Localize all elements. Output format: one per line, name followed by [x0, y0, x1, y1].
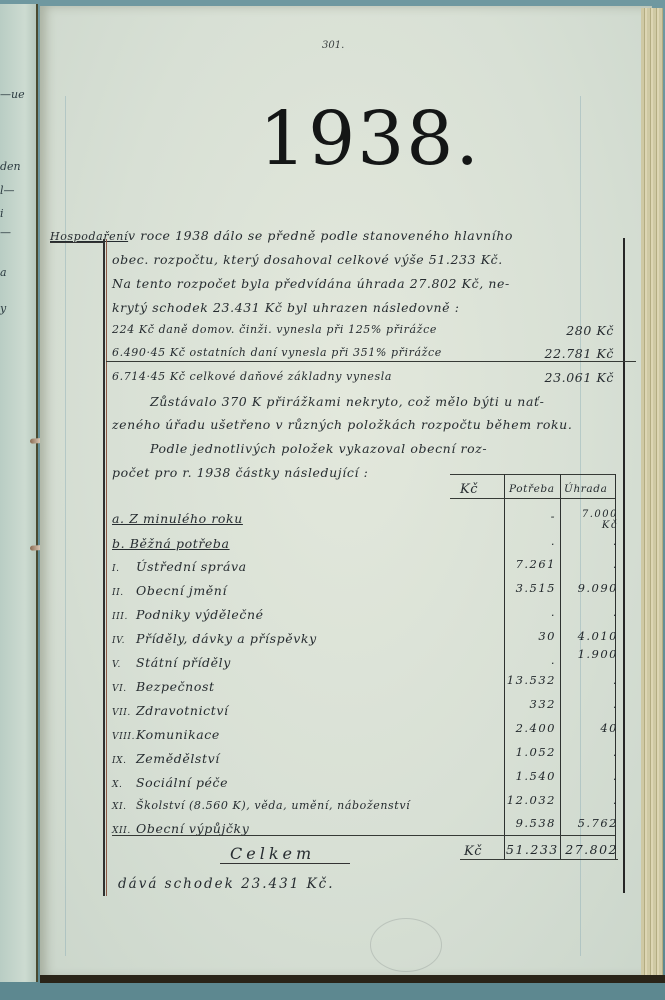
sum-rule	[106, 361, 636, 362]
currency-header: Kč	[460, 482, 478, 497]
budget-row-label: VI.Bezpečnost	[112, 679, 215, 694]
section-label: a. Z minulého roku	[112, 511, 243, 526]
faded-stamp	[370, 918, 442, 972]
ledger-photo: —ue den l— i — a y 301. 1938. Hospodařen…	[0, 0, 665, 1000]
total-uhrada: 27.802	[562, 842, 618, 857]
cell-potreba: 1.052	[506, 745, 556, 759]
table-header-rule	[450, 498, 615, 499]
cell-potreba: 1.540	[506, 769, 556, 783]
page-number: 301.	[322, 40, 344, 51]
cell-potreba: .	[506, 534, 556, 548]
column-divider-uhrada	[560, 474, 561, 859]
table-top-rule	[450, 474, 615, 475]
budget-row-label: IX.Zemědělství	[112, 751, 220, 766]
cell-potreba: .	[506, 605, 556, 619]
cell-uhrada: .	[562, 673, 618, 687]
tax-total-amount: 23.061 Kč	[480, 370, 614, 385]
cell-uhrada: 5.762	[562, 816, 618, 830]
cell-potreba: 12.032	[506, 793, 556, 807]
page-bottom-shadow	[40, 975, 665, 983]
cell-potreba: 30	[506, 629, 556, 643]
remainder-line: Zůstávalo 370 K přirážkami nekryto, což …	[150, 394, 544, 409]
left-page-fragment: —	[0, 226, 11, 239]
budget-row-label: X.Sociální péče	[112, 775, 228, 790]
section-label: b. Běžná potřeba	[112, 536, 230, 551]
total-currency: Kč	[464, 844, 482, 859]
ledger-page: 301. 1938. Hospodaření v roce 1938 dálo …	[40, 6, 652, 978]
cell-uhrada: .	[562, 534, 618, 548]
cell-potreba: 332	[506, 697, 556, 711]
budget-row-label: I.Ústřední správa	[112, 559, 247, 574]
cell-potreba: 13.532	[506, 673, 556, 687]
cell-uhrada: 40	[562, 721, 618, 735]
cell-uhrada: .	[562, 697, 618, 711]
cell-uhrada: .	[562, 605, 618, 619]
total-label: Celkem	[230, 844, 315, 863]
cell-potreba: 9.538	[506, 816, 556, 830]
printed-margin-rule	[65, 96, 66, 956]
left-page-fragment: den	[0, 160, 21, 173]
left-page-fragment: y	[0, 302, 6, 315]
cell-uhrada: 9.090	[562, 581, 618, 595]
cell-uhrada: .	[562, 793, 618, 807]
intro-line: obec. rozpočtu, který dosahoval celkové …	[112, 252, 503, 267]
left-page-fragment: —ue	[0, 88, 25, 101]
budget-row-label: XI.Školství (8.560 K), věda, umění, nábo…	[112, 799, 410, 812]
budget-row-label: VIII.Komunikace	[112, 727, 220, 742]
cell-uhrada: .	[562, 557, 618, 571]
closing-line: dává schodek 23.431 Kč.	[118, 876, 335, 892]
year-heading: 1938.	[240, 96, 500, 182]
total-bottom-rule	[460, 859, 618, 860]
right-frame-line	[623, 238, 625, 893]
table-intro-line: počet pro r. 1938 částky následující :	[112, 465, 368, 480]
column-header-uhrada: Úhrada	[564, 483, 607, 495]
budget-row-label: II.Obecní jmění	[112, 583, 227, 598]
total-potreba: 51.233	[506, 842, 556, 857]
tax-line-text: 224 Kč daně domov. činži. vynesla při 12…	[112, 323, 437, 336]
cell-uhrada: .	[562, 769, 618, 783]
left-page-edge: —ue den l— i — a y	[0, 4, 38, 982]
remainder-line: zeného úřadu ušetřeno v různých položkác…	[112, 417, 572, 432]
page-stack-edges	[641, 8, 663, 978]
cell-potreba: -	[506, 509, 556, 523]
cell-potreba: 2.400	[506, 721, 556, 735]
margin-bracket-line	[103, 239, 107, 896]
cell-potreba: 3.515	[506, 581, 556, 595]
total-rule	[112, 835, 615, 836]
cell-potreba: 7.261	[506, 557, 556, 571]
intro-line: v roce 1938 dálo se předně podle stanove…	[128, 228, 513, 243]
budget-row-label: VII.Zdravotnictví	[112, 703, 229, 718]
left-page-fragment: l—	[0, 184, 15, 197]
total-underline	[220, 863, 350, 864]
cell-potreba: .	[506, 653, 556, 667]
budget-row-label: III.Podniky výdělečné	[112, 607, 264, 622]
budget-row-label: V.Státní příděly	[112, 655, 231, 670]
cell-uhrada: 4.010	[562, 629, 618, 643]
table-intro-line: Podle jednotlivých položek vykazoval obe…	[150, 441, 487, 456]
column-divider-potreba	[504, 474, 505, 859]
left-page-fragment: i	[0, 207, 4, 220]
left-page-fragment: a	[0, 266, 7, 279]
margin-heading-rule	[50, 242, 104, 243]
cell-uhrada: 7.000 Kč	[562, 509, 618, 531]
tax-line-amount: 22.781 Kč	[480, 346, 614, 361]
cell-uhrada: 1.900	[562, 647, 618, 661]
tax-line-text: 6.490·45 Kč ostatních daní vynesla při 3…	[112, 346, 442, 359]
column-header-potreba: Potřeba	[509, 483, 555, 495]
cell-uhrada: .	[562, 745, 618, 759]
intro-line: Na tento rozpočet byla předvídána úhrada…	[112, 276, 510, 291]
intro-line: krytý schodek 23.431 Kč byl uhrazen násl…	[112, 300, 460, 315]
tax-total-text: 6.714·45 Kč celkové daňové základny vyne…	[112, 370, 392, 383]
tax-line-amount: 280 Kč	[480, 323, 614, 338]
budget-row-label: XII.Obecní výpůjčky	[112, 821, 249, 836]
budget-row-label: IV.Příděly, dávky a příspěvky	[112, 631, 317, 646]
